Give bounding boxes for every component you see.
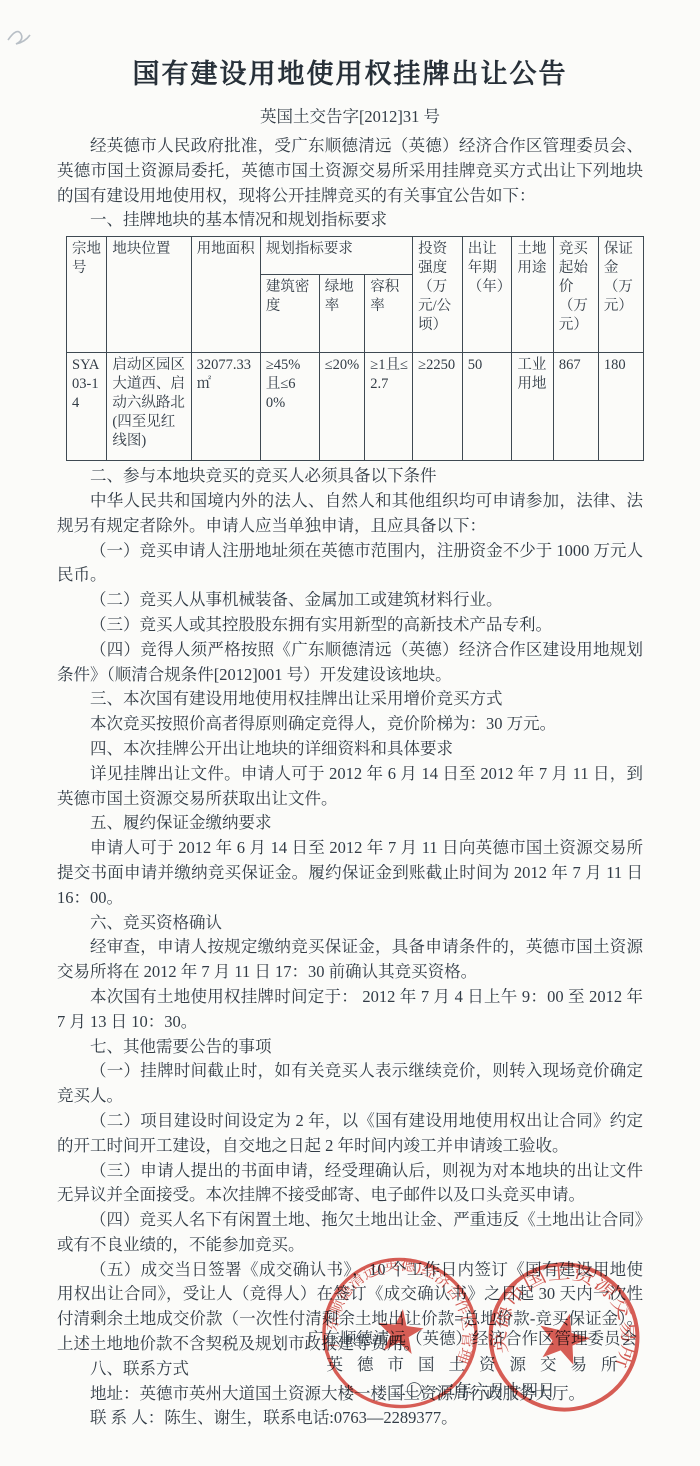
col-header-location: 地块位置	[107, 237, 191, 353]
body-paragraph: 经审查，申请人按规定缴纳竞买保证金，具备申请条件的，英德市国土资源交易所将在 2…	[57, 935, 643, 985]
body-paragraph: （二）竞买人从事机械装备、金属加工或建筑材料行业。	[57, 588, 643, 613]
cell-area: 32077.33 ㎡	[191, 353, 260, 461]
body-paragraph: （三）竞买人或其控股股东拥有实用新型的高新技术产品专利。	[57, 613, 643, 638]
col-header-green-rate: 绿地率	[319, 275, 365, 353]
cell-building-density: ≥45%且≤60%	[260, 353, 319, 461]
stamp-star-icon	[533, 1307, 595, 1367]
official-stamp-left: 广东顺德清远(英德)经济合作区管理委员会	[309, 1245, 491, 1422]
body-paragraph: 详见挂牌出让文件。申请人可于 2012 年 6 月 14 日至 2012 年 7…	[57, 762, 643, 812]
body-paragraph: 三、本次国有建设用地使用权挂牌出让采用增价竞买方式	[57, 687, 643, 712]
doc-number: 英国土交告字[2012]31 号	[57, 103, 643, 127]
body-paragraph: 四、本次挂牌公开出让地块的详细资料和具体要求	[57, 737, 643, 762]
svg-text:广东顺德清远(英德)经济合作区管理委员会: 广东顺德清远(英德)经济合作区管理委员会	[309, 1245, 487, 1367]
col-header-deposit: 保证金（万元）	[598, 237, 643, 353]
body-paragraph: 二、参与本地块竞买的竞买人必须具备以下条件	[57, 464, 643, 489]
land-parcel-table: 宗地号 地块位置 用地面积 规划指标要求 投资强度（万元/公顷） 出让年期（年）…	[66, 236, 644, 461]
body-paragraph: 本次竞买按照价高者得原则确定竞得人，竞价阶梯为：30 万元。	[57, 712, 643, 737]
stamp-star-icon	[375, 1306, 426, 1355]
cell-investment: ≥2250	[413, 353, 463, 461]
cell-term: 50	[462, 353, 512, 461]
cell-start-price: 867	[553, 353, 598, 461]
cell-location: 启动区园区大道西、启动六纵路北(四至见红线图)	[107, 353, 191, 461]
intro-paragraph: 经英德市人民政府批准，受广东顺德清远（英德）经济合作区管理委员会、英德市国土资源…	[57, 134, 643, 208]
section-1-heading: 一、挂牌地块的基本情况和规划指标要求	[57, 208, 643, 233]
col-header-planning-group: 规划指标要求	[260, 237, 412, 275]
body-paragraph: （二）项目建设时间设定为 2 年，以《国有建设用地使用权出让合同》约定的开工时间…	[57, 1109, 643, 1159]
cell-deposit: 180	[598, 353, 643, 461]
col-header-term: 出让年期（年）	[462, 237, 512, 353]
stamp-arc-text: 广东顺德清远(英德)经济合作区管理委员会	[309, 1245, 487, 1367]
cell-plot-ratio: ≥1且≤2.7	[365, 353, 413, 461]
body-paragraph: （一）竞买申请人注册地址须在英德市范围内，注册资金不少于 1000 万元人民币。	[57, 539, 643, 589]
body-paragraph: 六、竞买资格确认	[57, 911, 643, 936]
col-header-start-price: 竞买起始价（万元）	[553, 237, 598, 353]
col-header-investment: 投资强度（万元/公顷）	[413, 237, 463, 353]
col-header-building-density: 建筑密度	[260, 275, 319, 353]
col-header-land-use: 土地用途	[512, 237, 554, 353]
body-paragraph: （三）申请人提出的书面申请，经受理确认后，则视为对本地块的出让文件无异议并全面接…	[57, 1159, 643, 1209]
body-paragraph: 申请人可于 2012 年 6 月 14 日至 2012 年 7 月 11 日向英…	[57, 836, 643, 910]
col-header-parcel-no: 宗地号	[67, 237, 107, 353]
cell-land-use: 工业用地	[512, 353, 554, 461]
cell-green-rate: ≤20%	[319, 353, 365, 461]
page-title: 国有建设用地使用权挂牌出让公告	[57, 52, 643, 91]
body-paragraph: 本次国有土地使用权挂牌时间定于： 2012 年 7 月 4 日上午 9：00 至…	[57, 985, 643, 1035]
scan-artifact-squiggle	[2, 26, 42, 70]
body-paragraph: （四）竞得人须严格按照《广东顺德清远（英德）经济合作区建设用地规划条件》（顺清合…	[57, 638, 643, 688]
announcement-document: 国有建设用地使用权挂牌出让公告 英国土交告字[2012]31 号 经英德市人民政…	[0, 0, 700, 1466]
col-header-plot-ratio: 容积率	[365, 275, 413, 353]
table-row: SYA03-14 启动区园区大道西、启动六纵路北(四至见红线图) 32077.3…	[67, 353, 644, 461]
body-paragraph: 七、其他需要公告的事项	[57, 1035, 643, 1060]
body-paragraph: （一）挂牌时间截止时，如有关竞买人表示继续竞价，则转入现场竞价确定竞买人。	[57, 1059, 643, 1109]
body-paragraph: 五、履约保证金缴纳要求	[57, 811, 643, 836]
body-paragraph: 中华人民共和国境内外的法人、自然人和其他组织均可申请参加，法律、法规另有规定者除…	[57, 489, 643, 539]
document-body: 国有建设用地使用权挂牌出让公告 英国土交告字[2012]31 号 经英德市人民政…	[0, 0, 700, 1431]
col-header-area: 用地面积	[191, 237, 260, 353]
cell-parcel-no: SYA03-14	[67, 353, 107, 461]
